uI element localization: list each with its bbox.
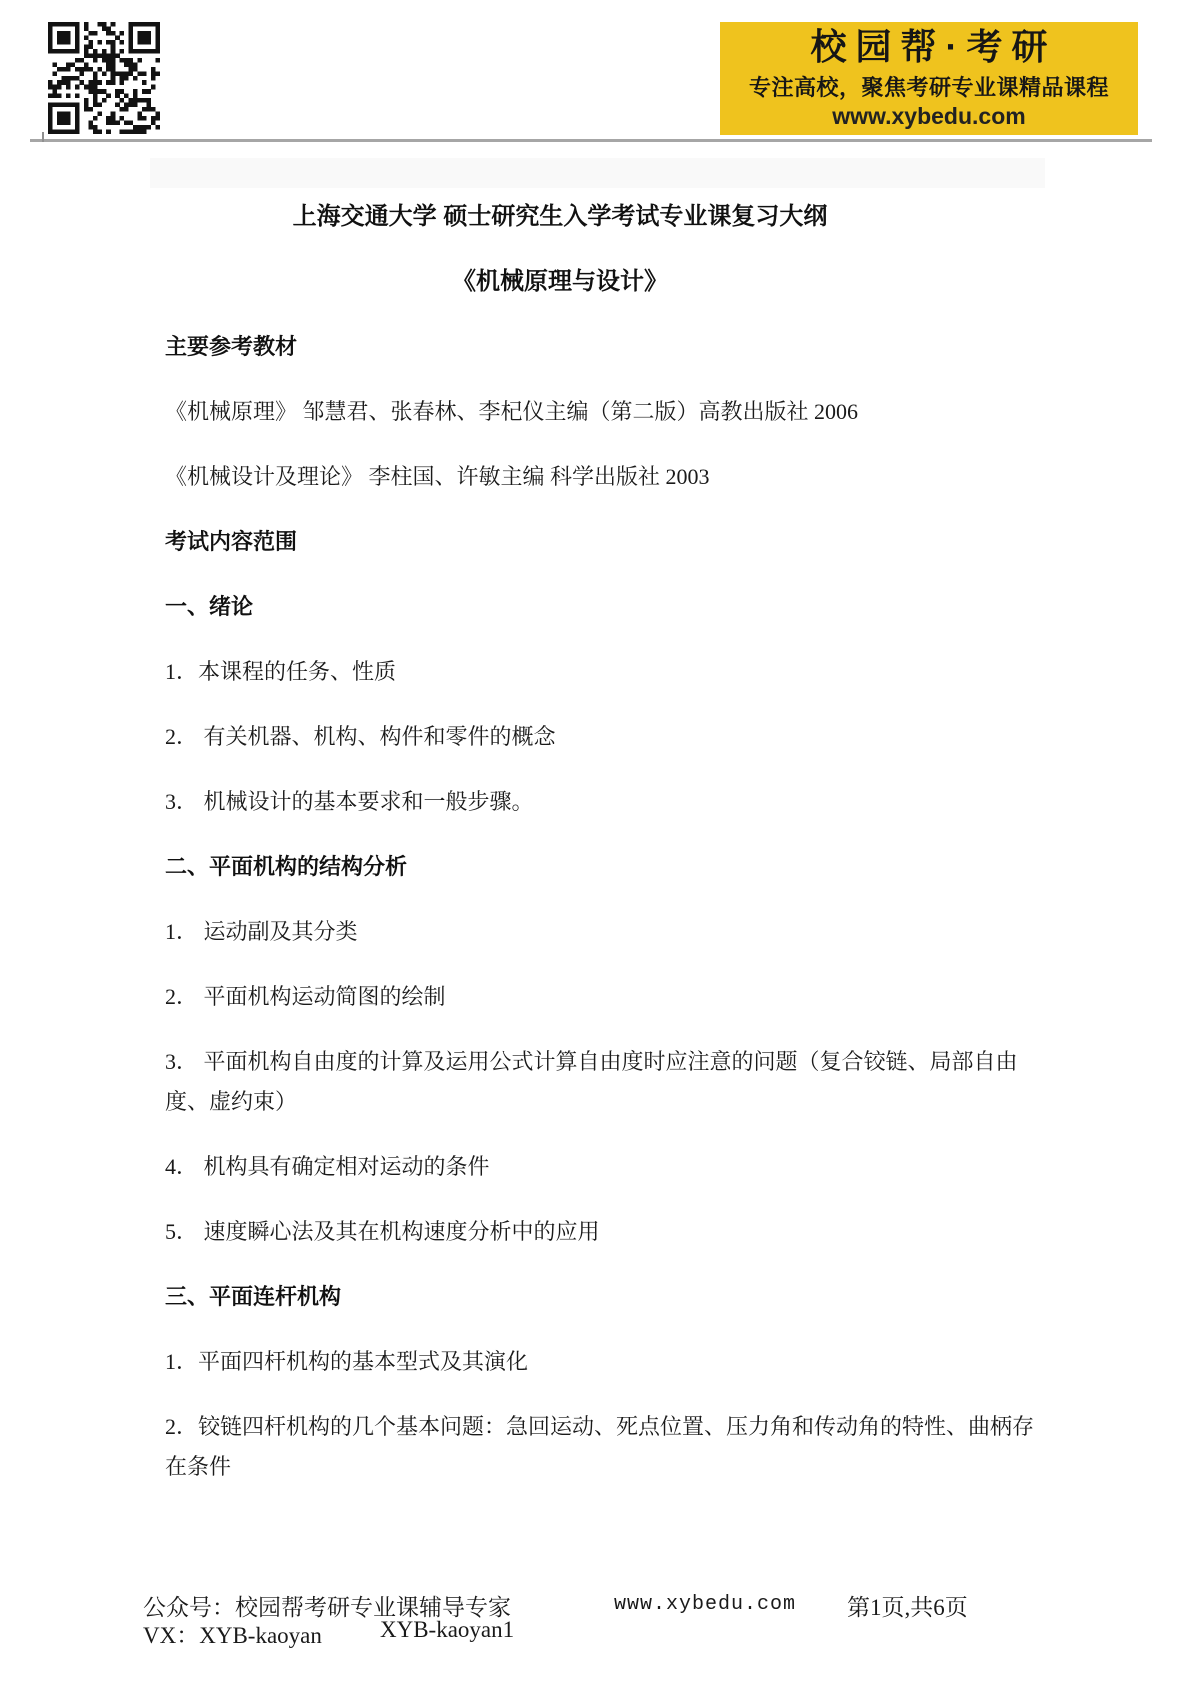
- faint-highlight-band: [150, 158, 1045, 188]
- document-content: 上海交通大学 硕士研究生入学考试专业课复习大纲 《机械原理与设计》 主要参考教材…: [165, 197, 1040, 1512]
- document-page: 校园帮·考研 专注高校，聚焦考研专业课精品课程 www.xybedu.com 上…: [0, 0, 1190, 1683]
- footer-url: www.xybedu.com: [614, 1593, 796, 1616]
- materials-heading: 主要参考教材: [165, 327, 1040, 367]
- syllabus-item: 5． 速度瞬心法及其在机构速度分析中的应用: [165, 1212, 1040, 1252]
- syllabus-item: 4． 机构具有确定相对运动的条件: [165, 1147, 1040, 1187]
- footer-vx-id: VX：XYB-kaoyan: [143, 1617, 322, 1650]
- section-heading: 一、绪论: [165, 587, 1040, 627]
- syllabus-item: 2． 平面机构运动简图的绘制: [165, 977, 1040, 1017]
- syllabus-item: 3． 机械设计的基本要求和一般步骤。: [165, 782, 1040, 822]
- brand-url: www.xybedu.com: [832, 103, 1025, 130]
- syllabus-item: 1．本课程的任务、性质: [165, 652, 1040, 692]
- footer-wechat-account: 公众号：校园帮考研专业课辅导专家: [143, 1589, 511, 1622]
- header-divider-tick: [42, 132, 44, 142]
- qr-code-icon: [48, 22, 160, 134]
- syllabus-item: 2． 有关机器、机构、构件和零件的概念: [165, 717, 1040, 757]
- header-divider: [30, 139, 1152, 142]
- syllabus-item: 2．铰链四杆机构的几个基本问题：急回运动、死点位置、压力角和传动角的特性、曲柄存…: [165, 1407, 1040, 1487]
- syllabus-item: 3． 平面机构自由度的计算及运用公式计算自由度时应注意的问题（复合铰链、局部自由…: [165, 1042, 1040, 1122]
- doc-subtitle: 《机械原理与设计》: [165, 262, 955, 302]
- section-heading: 三、平面连杆机构: [165, 1277, 1040, 1317]
- section-heading: 二、平面机构的结构分析: [165, 847, 1040, 887]
- syllabus-item: 1． 运动副及其分类: [165, 912, 1040, 952]
- syllabus-item: 1．平面四杆机构的基本型式及其演化: [165, 1342, 1040, 1382]
- doc-title: 上海交通大学 硕士研究生入学考试专业课复习大纲: [165, 197, 955, 237]
- book-reference: 《机械设计及理论》 李柱国、许敏主编 科学出版社 2003: [165, 457, 1040, 497]
- page-number: 第1页,共6页: [847, 1589, 968, 1622]
- footer-vx-id-alt: XYB-kaoyan1: [380, 1617, 514, 1643]
- brand-banner: 校园帮·考研 专注高校，聚焦考研专业课精品课程 www.xybedu.com: [720, 22, 1138, 135]
- scope-heading: 考试内容范围: [165, 522, 1040, 562]
- brand-slogan: 专注高校，聚焦考研专业课精品课程: [749, 71, 1109, 102]
- book-reference: 《机械原理》 邹慧君、张春林、李杞仪主编（第二版）高教出版社 2006: [165, 392, 1040, 432]
- brand-title: 校园帮·考研: [802, 27, 1057, 67]
